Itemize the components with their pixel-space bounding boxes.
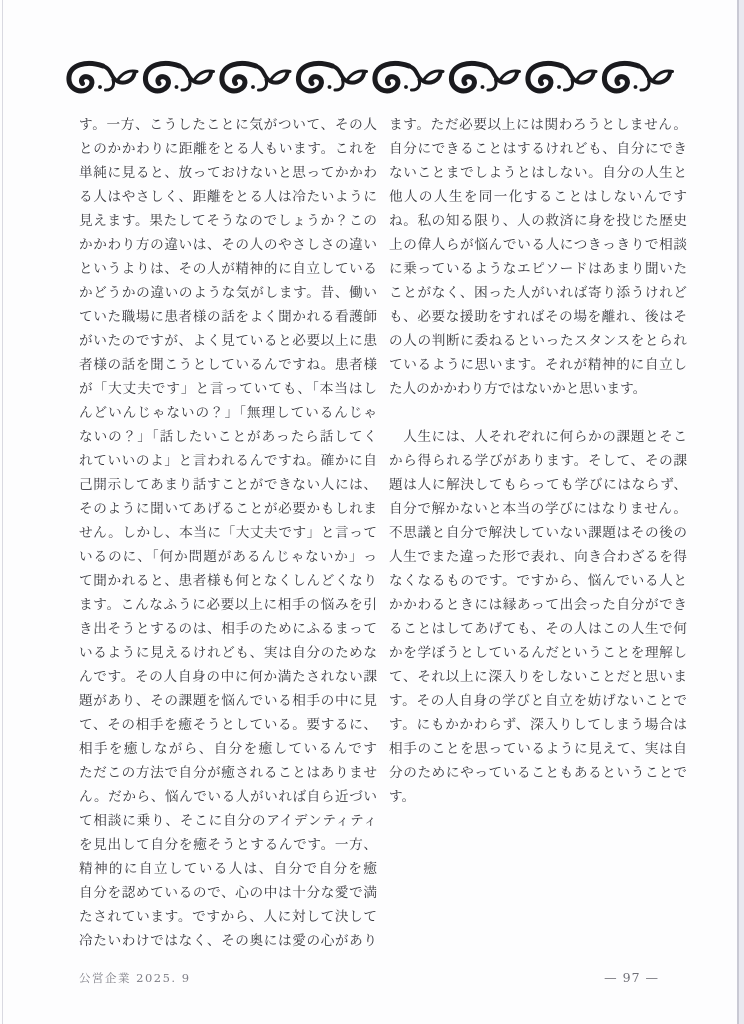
text-line: 他人の人生を同一化することはしないんです xyxy=(389,185,687,209)
text-line: 人生でまた違った形で表れ、向き合わざるを得 xyxy=(389,545,687,569)
text-line: を見出して自分を癒そうとするんです。一方、 xyxy=(79,833,377,857)
text-line: から得られる学びがあります。そして、その課 xyxy=(389,449,687,473)
text-line: き出そうとするのは、相手のためにふるまって xyxy=(79,617,377,641)
text-line: 己開示してあまり話すことができない人には、 xyxy=(79,473,377,497)
text-line: す。一方、こうしたことに気がついて、その人 xyxy=(79,113,377,137)
text-line: 題は人に解決してもらっても学びにはならず、 xyxy=(389,473,687,497)
text-line: 見えます。果たしてそうなのでしょうか？この xyxy=(79,209,377,233)
text-line: ていた職場に患者様の話をよく聞かれる看護師 xyxy=(79,305,377,329)
text-line: 自分を認めているので、心の中は十分な愛で満 xyxy=(79,881,377,905)
scan-edge-right-band xyxy=(739,0,744,1024)
text-line: て、それ以上に深入りをしないことだと思いま xyxy=(389,665,687,689)
text-line: に乗っているようなエピソードはあまり聞いた xyxy=(389,257,687,281)
text-line: ないの？」「話したいことがあったら話してく xyxy=(79,425,377,449)
text-line: 相手を癒しながら、自分を癒しているんですね。 xyxy=(79,737,377,761)
text-line: 人生には、人それぞれに何らかの課題とそこ xyxy=(389,425,687,449)
text-line: んどいんじゃないの？」「無理しているんじゃ xyxy=(79,401,377,425)
text-line: いるのに、「何か問題があるんじゃないか」っ xyxy=(79,545,377,569)
text-column-left: す。一方、こうしたことに気がついて、その人とのかかわりに距離をとる人もいます。こ… xyxy=(79,113,377,953)
text-line: 不思議と自分で解決していない課題はその後の xyxy=(389,521,687,545)
text-line: ただこの方法で自分が癒されることはありませ xyxy=(79,761,377,785)
text-line: そのように聞いてあげることが必要かもしれま xyxy=(79,497,377,521)
text-line: て聞かれると、患者様も何となくしんどくなり xyxy=(79,569,377,593)
text-line: かかわるときには縁あって出会った自分ができ xyxy=(389,593,687,617)
text-line: たされています。ですから、人に対して決して xyxy=(79,905,377,929)
text-column-right: ます。ただ必要以上には関わろうとしません。自分にできることはするけれども、自分に… xyxy=(389,113,687,953)
text-line: が「大丈夫です」と言っていても、「本当はし xyxy=(79,377,377,401)
text-line: いるように見えるけれども、実は自分のためな xyxy=(79,641,377,665)
text-line: 者様の話を聞こうとしているんですね。患者様 xyxy=(79,353,377,377)
page-footer: 公営企業 2025. 9 — 97 — xyxy=(79,970,687,986)
text-line: 相手のことを思っているように見えて、実は自 xyxy=(389,737,687,761)
text-line: ないことまでしようとはしない。自分の人生と xyxy=(389,161,687,185)
text-line: て相談に乗り、そこに自分のアイデンティティ xyxy=(79,809,377,833)
blank-line xyxy=(389,401,687,425)
text-line: がいたのですが、よく見ていると必要以上に患 xyxy=(79,329,377,353)
page-number: — 97 — xyxy=(604,970,659,985)
text-line: も、必要な援助をすればその場を離れ、後はそ xyxy=(389,305,687,329)
text-line: 自分にできることはするけれども、自分にでき xyxy=(389,137,687,161)
text-line: す。にもかかわらず、深入りしてしまう場合は xyxy=(389,713,687,737)
text-line: かを学ぼうとしているんだということを理解し xyxy=(389,641,687,665)
text-line: 上の偉人らが悩んでいる人につきっきりで相談 xyxy=(389,233,687,257)
journal-issue-label: 公営企業 2025. 9 xyxy=(79,970,191,986)
text-line: 分のためにやっていることもあるということで xyxy=(389,761,687,785)
text-line: かかわり方の違いは、その人のやさしさの違い xyxy=(79,233,377,257)
text-line: た人のかかわり方ではないかと思います。 xyxy=(389,377,687,401)
text-line: 題があり、その課題を悩んでいる相手の中に見 xyxy=(79,689,377,713)
text-line: かどうかの違いのような気がします。昔、働い xyxy=(79,281,377,305)
text-line: ることはしてあげても、その人はこの人生で何 xyxy=(389,617,687,641)
text-line: んです。その人自身の中に何か満たされない課 xyxy=(79,665,377,689)
text-line: とのかかわりに距離をとる人もいます。これを xyxy=(79,137,377,161)
text-line: 単純に見ると、放っておけないと思ってかかわ xyxy=(79,161,377,185)
body-text: す。一方、こうしたことに気がついて、その人とのかかわりに距離をとる人もいます。こ… xyxy=(79,113,687,953)
text-line: 冷たいわけではなく、その奥には愛の心があり xyxy=(79,929,377,953)
text-line: ます。ただ必要以上には関わろうとしません。 xyxy=(389,113,687,137)
text-line: る人はやさしく、距離をとる人は冷たいように xyxy=(79,185,377,209)
text-line: て、その相手を癒そうとしている。要するに、 xyxy=(79,713,377,737)
scroll-flourish-ornament xyxy=(66,60,678,94)
text-line: ます。こんなふうに必要以上に相手の悩みを引 xyxy=(79,593,377,617)
text-line: ん。だから、悩んでいる人がいれば自ら近づい xyxy=(79,785,377,809)
scan-edge-right-line xyxy=(737,0,739,1024)
text-line: せん。しかし、本当に「大丈夫です」と言って xyxy=(79,521,377,545)
text-line: ね。私の知る限り、人の救済に身を投じた歴史 xyxy=(389,209,687,233)
text-line: なくなるものです。ですから、悩んでいる人と xyxy=(389,569,687,593)
scan-edge-left xyxy=(2,0,3,1024)
text-line: 自分で解かないと本当の学びにはなりません。 xyxy=(389,497,687,521)
text-line: というよりは、その人が精神的に自立している xyxy=(79,257,377,281)
text-line: の人の判断に委ねるといったスタンスをとられ xyxy=(389,329,687,353)
text-line: す。 xyxy=(389,785,687,809)
page: す。一方、こうしたことに気がついて、その人とのかかわりに距離をとる人もいます。こ… xyxy=(0,0,744,1024)
text-line: ているように思います。それが精神的に自立し xyxy=(389,353,687,377)
text-line: れていいのよ」と言われるんですね。確かに自 xyxy=(79,449,377,473)
text-line: 精神的に自立している人は、自分で自分を癒し、 xyxy=(79,857,377,881)
text-line: ことがなく、困った人がいれば寄り添うけれど xyxy=(389,281,687,305)
text-line: す。その人自身の学びと自立を妨げないことで xyxy=(389,689,687,713)
